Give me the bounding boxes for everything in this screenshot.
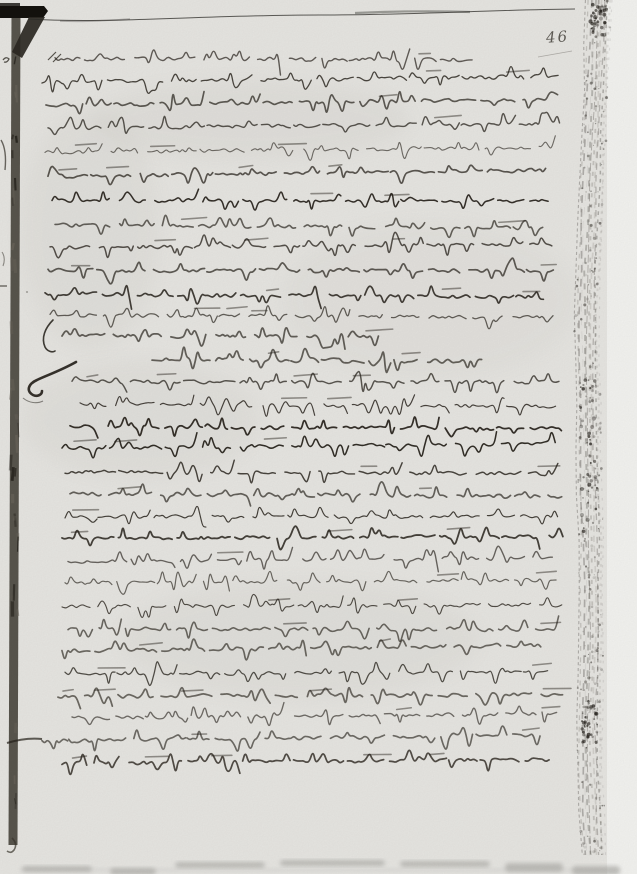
manuscript-page: 46 — [0, 0, 637, 874]
film-grain-overlay — [0, 0, 637, 874]
scan-artwork — [0, 0, 637, 874]
page-number: 46 — [545, 27, 569, 47]
